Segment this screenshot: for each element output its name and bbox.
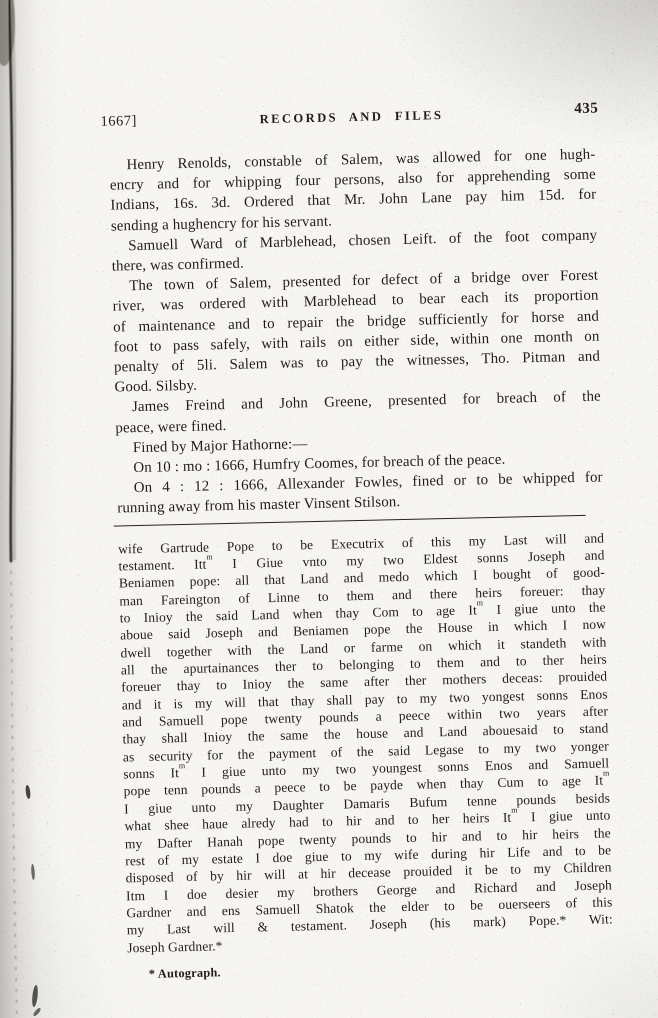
- page-content: 1667] RECORDS AND FILES 435 Henry Renold…: [108, 103, 614, 983]
- footnote: * Autograph.: [128, 956, 614, 982]
- binding-gutter: [0, 0, 70, 1018]
- running-head: 1667] RECORDS AND FILES 435: [108, 103, 594, 131]
- paragraph: The town of Salem, presented for defect …: [112, 266, 601, 398]
- paragraph: Henry Renolds, constable of Salem, was a…: [109, 145, 597, 237]
- running-head-title: RECORDS AND FILES: [259, 108, 443, 127]
- folio-year-label: 1667]: [100, 113, 137, 131]
- scanned-page: 1667] RECORDS AND FILES 435 Henry Renold…: [0, 0, 658, 1018]
- will-transcript-section: wife Gartrude Pope to be Executrix of th…: [118, 529, 613, 956]
- page-number: 435: [574, 101, 598, 119]
- records-section: Henry Renolds, constable of Salem, was a…: [109, 145, 603, 520]
